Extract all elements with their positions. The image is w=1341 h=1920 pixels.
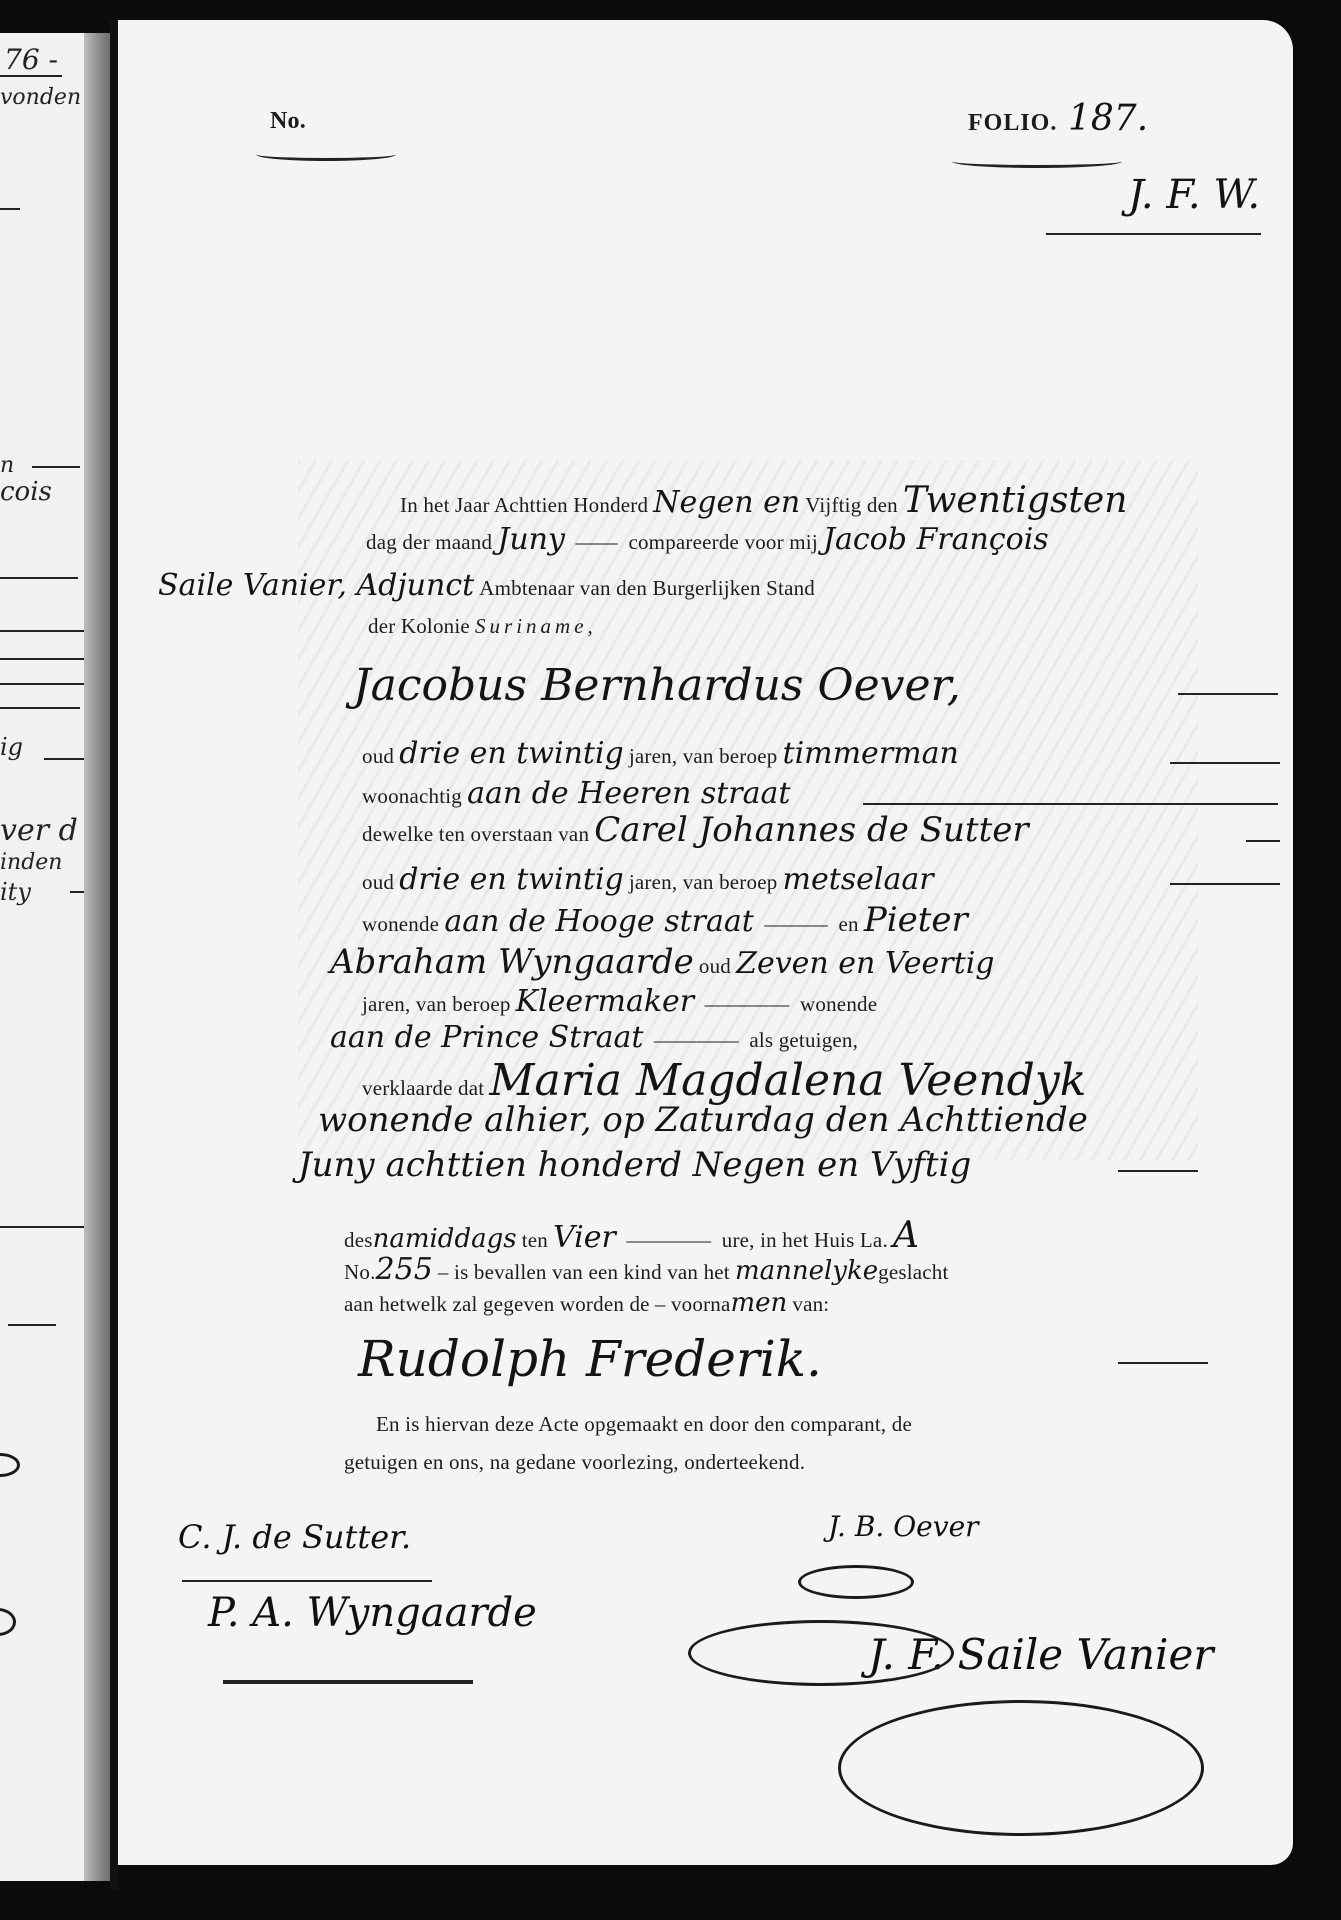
printed-text: en (839, 912, 859, 936)
left-fragment-4: ver d (0, 813, 78, 848)
printed-text: geslacht (878, 1260, 948, 1284)
printed-text: oud (362, 870, 394, 894)
left-rule (32, 466, 80, 468)
record-line-1: In het Jaar Achttien Honderd Negen en Vi… (400, 480, 1127, 521)
fill-rule (1170, 883, 1280, 885)
printed-text: oud (699, 954, 731, 978)
handwritten-official-name: Jacob François (823, 522, 1049, 557)
witness1-residence-line: wonende aan de Hooge straat ——— en Piete… (362, 900, 968, 940)
printed-text: jaren, van beroep (629, 870, 778, 894)
fill-rule (1118, 1170, 1198, 1172)
witness2-age: Zeven en Veertig (736, 946, 994, 981)
witness2-residence-line: aan de Prince Straat ———— als getuigen, (330, 1020, 858, 1055)
left-rule (0, 630, 84, 632)
left-rule (8, 1324, 56, 1326)
page-gutter (84, 33, 110, 1881)
folio-brace (952, 155, 1122, 168)
witness1-occupation: metselaar (783, 862, 934, 897)
witness2-line: Abraham Wyngaarde oud Zeven en Veertig (330, 942, 995, 982)
witness1-age-line: oud drie en twintig jaren, van beroep me… (362, 862, 934, 897)
printed-text: dag der maand (366, 530, 492, 554)
fill-rule (1170, 762, 1280, 764)
declarant-age-line: oud drie en twintig jaren, van beroep ti… (362, 736, 959, 771)
birth-hour: Vier (553, 1220, 616, 1255)
folio-label: FOLIO. (968, 110, 1057, 137)
birth-date: Juny achttien honderd Negen en Vyftig (298, 1145, 971, 1185)
printed-text: wonende (800, 992, 877, 1016)
declarant-occupation: timmerman (783, 736, 959, 771)
printed-text: is bevallen van een kind van het (454, 1260, 730, 1284)
left-fragment-1: n (0, 453, 14, 478)
book-spine (110, 20, 118, 1890)
signature-witness1: C. J. de Sutter. (178, 1518, 411, 1556)
handwritten-year: Negen en (653, 485, 800, 520)
left-flourish (0, 1453, 20, 1477)
printed-text: des (344, 1228, 373, 1252)
printed-text: jaren, van beroep (362, 992, 511, 1016)
left-rule (0, 1226, 84, 1228)
printed-text: voorna (671, 1292, 731, 1316)
signature-flourish (688, 1620, 954, 1686)
witness1-age: drie en twintig (399, 862, 624, 897)
left-fragment-3: ig (0, 733, 23, 761)
record-line-2: dag der maand Juny —— compareerde voor m… (366, 522, 1049, 557)
witness1-name: Carel Johannes de Sutter (594, 810, 1028, 850)
signature-declarant: J. B. Oever (828, 1510, 979, 1543)
printed-text: dewelke ten overstaan van (362, 822, 589, 846)
number-label: No. (270, 108, 306, 135)
mother-name: Maria Magdalena Veendyk (489, 1055, 1086, 1106)
birth-house-line: No.255 – is bevallen van een kind van he… (344, 1252, 949, 1287)
initials-underline (1046, 233, 1261, 235)
house-number: 255 (376, 1252, 433, 1287)
printed-text: woonachtig (362, 784, 462, 808)
facing-page-strip: 76 - vonden n cois ig ver d inden ity (0, 33, 84, 1881)
record-line-3: Saile Vanier, Adjunct Ambtenaar van den … (158, 568, 815, 603)
witness2-residence: aan de Prince Straat (330, 1020, 643, 1055)
printed-text: Vijftig den (805, 493, 898, 517)
printed-text: aan hetwelk zal gegeven worden de (344, 1292, 650, 1316)
left-fragment-5: inden (0, 850, 62, 875)
number-brace (256, 148, 396, 161)
declarant-residence: aan de Heeren straat (467, 776, 790, 811)
signature-underline (182, 1580, 432, 1582)
name-plural-suffix: men (730, 1288, 787, 1318)
printed-text: verklaarde dat (362, 1076, 484, 1100)
printed-text: der Kolonie (368, 614, 470, 638)
printed-text: oud (362, 744, 394, 768)
handwritten-month: Juny (497, 522, 565, 557)
left-rule (0, 707, 80, 709)
left-rule (0, 75, 62, 77)
colony-name: Suriname, (475, 614, 597, 638)
fill-rule (863, 803, 1278, 805)
left-fragment-6: ity (0, 878, 31, 906)
declarant-residence-line: woonachtig aan de Heeren straat (362, 776, 790, 811)
printed-text: als getuigen, (749, 1028, 858, 1052)
witness1-line: dewelke ten overstaan van Carel Johannes… (362, 810, 1029, 850)
left-rule (0, 658, 84, 660)
signature-flourish (798, 1565, 914, 1599)
closing-line-1: En is hiervan deze Acte opgemaakt en doo… (376, 1412, 912, 1437)
signature-flourish (838, 1700, 1204, 1836)
left-rule (0, 683, 84, 685)
mother-residence-date: wonende alhier, op Zaturdag den Achttien… (318, 1100, 1088, 1140)
printed-text: Ambtenaar van den Burgerlijken Stand (479, 576, 815, 600)
birth-time-line: desnamiddags ten Vier ———— ure, in het H… (344, 1215, 919, 1256)
printed-text: ten (522, 1228, 548, 1252)
left-fragment-2: cois (0, 477, 52, 507)
declarant-age: drie en twintig (399, 736, 624, 771)
register-page: No. FOLIO. 187. J. F. W. In het Jaar Ach… (118, 20, 1293, 1865)
child-name: Rudolph Frederik. (358, 1330, 822, 1388)
folio-number: 187. (1068, 98, 1148, 139)
witness2-occupation-line: jaren, van beroep Kleermaker ———— wonend… (362, 984, 877, 1019)
time-of-day: namiddags (373, 1224, 517, 1254)
printed-text: jaren, van beroep (629, 744, 778, 768)
left-fragment-top: 76 - (4, 43, 58, 76)
mother-line: verklaarde dat Maria Magdalena Veendyk (362, 1055, 1086, 1106)
fill-rule (1178, 693, 1278, 695)
left-rule (0, 208, 20, 210)
child-sex: mannelyke (735, 1256, 878, 1286)
naming-line: aan hetwelk zal gegeven worden de – voor… (344, 1288, 829, 1318)
house-letter: A (893, 1215, 919, 1256)
fill-rule (1246, 840, 1280, 842)
witness1-residence: aan de Hooge straat (444, 904, 754, 939)
printed-text: In het Jaar Achttien Honderd (400, 493, 648, 517)
printed-text: compareerde voor mij (628, 530, 817, 554)
signature-underline (223, 1680, 473, 1684)
printed-text: ure, in het Huis La. (722, 1228, 888, 1252)
signature-witness2: P. A. Wyngaarde (208, 1590, 537, 1636)
handwritten-official-name: Saile Vanier, Adjunct (158, 568, 474, 603)
printed-text: van: (792, 1292, 829, 1316)
record-line-4: der Kolonie Suriname, (368, 614, 597, 639)
witness2-occupation: Kleermaker (516, 984, 694, 1019)
witness2-first-name: Pieter (864, 900, 968, 940)
printed-text: No. (344, 1260, 376, 1284)
left-fragment-top2: vonden (0, 85, 81, 110)
closing-line-2: getuigen en ons, na gedane voorlezing, o… (344, 1450, 805, 1475)
handwritten-day: Twentigsten (903, 480, 1128, 521)
left-rule (44, 758, 84, 760)
fill-rule (1118, 1362, 1208, 1364)
printed-text: wonende (362, 912, 439, 936)
left-rule (0, 577, 78, 579)
left-flourish (0, 1608, 16, 1636)
clerk-initials: J. F. W. (1128, 172, 1260, 218)
declarant-name: Jacobus Bernhardus Oever, (353, 660, 961, 711)
left-rule (70, 891, 84, 893)
witness2-name: Abraham Wyngaarde (330, 942, 694, 982)
